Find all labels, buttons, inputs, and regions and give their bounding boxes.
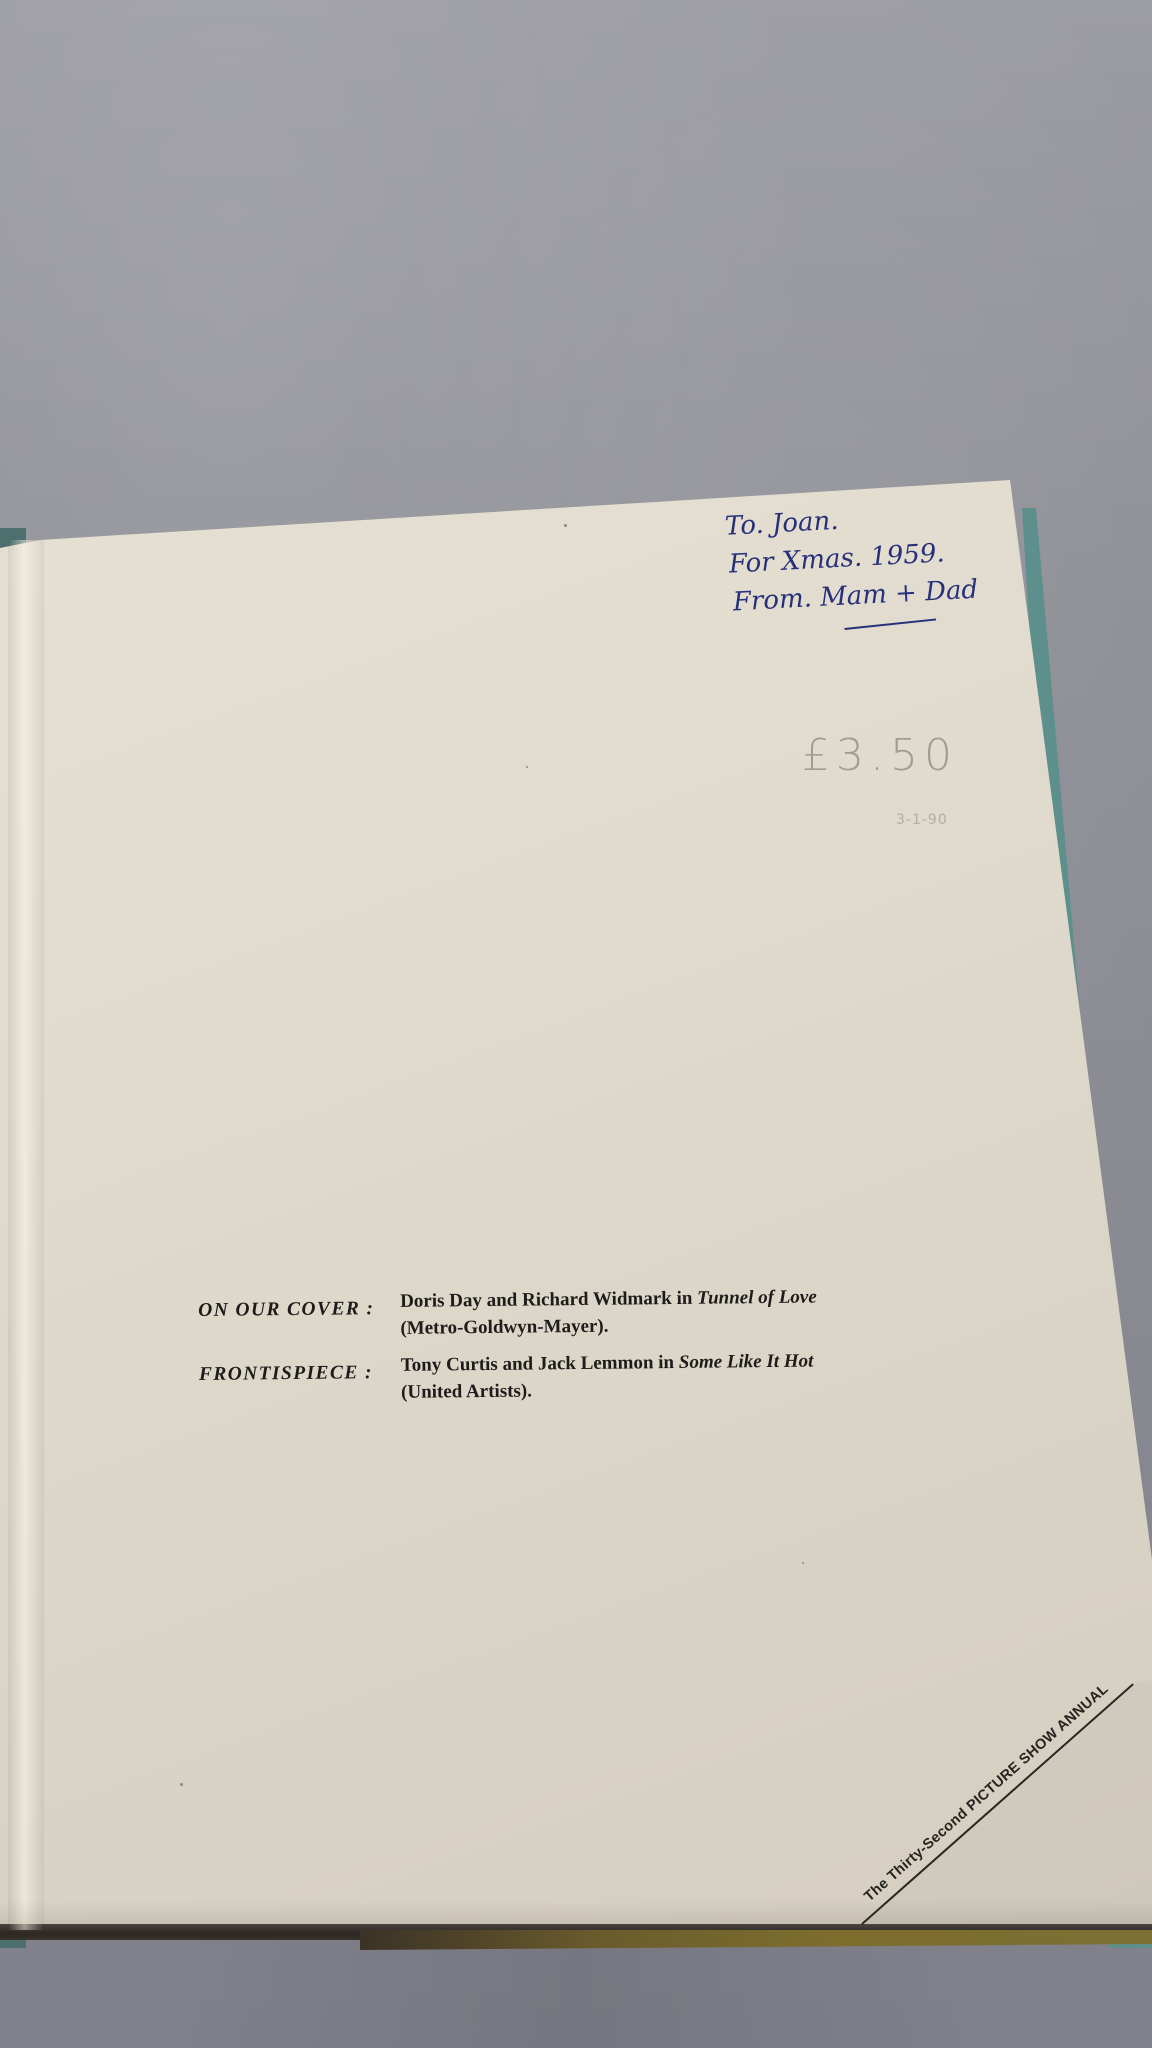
book-bottom-cover-edge [360, 1930, 1152, 1950]
credit-label: FRONTISPIECE : [199, 1352, 401, 1386]
page-speck [180, 1783, 183, 1786]
credit-label: ON OUR COVER : [198, 1288, 400, 1322]
credit-text: Doris Day and Richard Widmark in Tunnel … [400, 1284, 817, 1342]
pencil-code: 3-1-90 [896, 812, 948, 828]
credit-studio: (United Artists). [401, 1381, 532, 1403]
credit-studio: (Metro-Goldwyn-Mayer). [400, 1316, 608, 1339]
page-speck [802, 1562, 804, 1564]
pencil-price: £3.50 [802, 730, 958, 781]
credit-people: Tony Curtis and Jack Lemmon in [401, 1352, 679, 1376]
credit-row-cover: ON OUR COVER : Doris Day and Richard Wid… [198, 1284, 817, 1344]
credit-film-title: Some Like It Hot [679, 1351, 814, 1373]
cover-credits: ON OUR COVER : Doris Day and Richard Wid… [198, 1284, 818, 1418]
page-speck [564, 524, 567, 527]
credit-film-title: Tunnel of Love [697, 1287, 817, 1309]
credit-row-frontispiece: FRONTISPIECE : Tony Curtis and Jack Lemm… [199, 1348, 818, 1408]
handwritten-inscription: To. Joan. For Xmas. 1959. From. Mam + Da… [720, 495, 980, 634]
book-page [0, 0, 1152, 2048]
credit-people: Doris Day and Richard Widmark in [400, 1288, 697, 1312]
page-spine-fold [8, 540, 44, 1930]
credit-text: Tony Curtis and Jack Lemmon in Some Like… [401, 1348, 814, 1406]
page-speck [526, 766, 528, 768]
